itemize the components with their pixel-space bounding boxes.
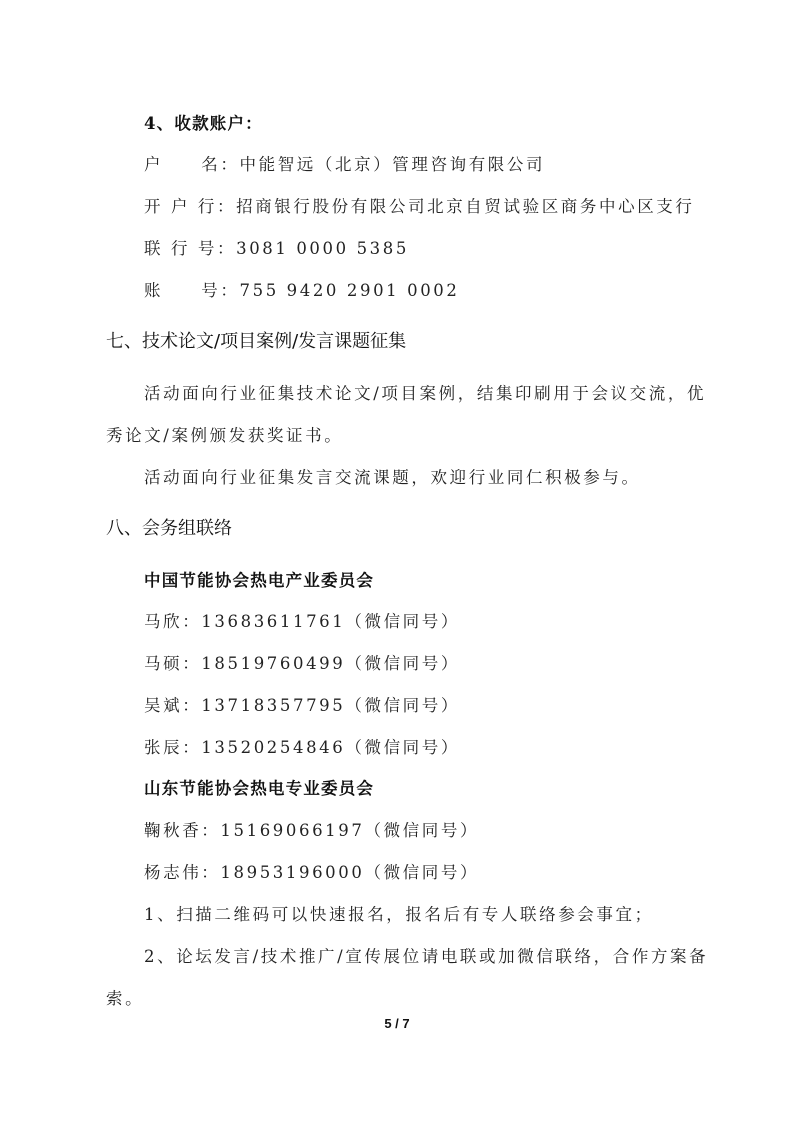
account-name-value: 中能智远（北京）管理咨询有限公司 — [240, 155, 546, 174]
section4-title: 4、收款账户： — [144, 110, 263, 134]
page-number: 5 / 7 — [0, 1016, 794, 1031]
org1-contact: 马硕：18519760499（微信同号） — [144, 650, 460, 674]
account-name-row: 户 名：中能智远（北京）管理咨询有限公司 — [144, 151, 545, 175]
org2-contact: 鞠秋香：15169066197（微信同号） — [144, 817, 479, 841]
bank-label: 开 户 行： — [144, 193, 236, 217]
section7-para1-line1: 活动面向行业征集技术论文/项目案例，结集印刷用于会议交流，优 — [144, 380, 706, 404]
account-number-label: 账 号： — [144, 277, 240, 301]
note-2-line1: 2、论坛发言/技术推广/宣传展位请电联或加微信联络，合作方案备 — [144, 943, 708, 967]
account-number-value: 755 9420 2901 0002 — [240, 281, 460, 300]
bank-row: 开 户 行：招商银行股份有限公司北京自贸试验区商务中心区支行 — [144, 193, 695, 217]
org1-contact: 吴斌：13718357795（微信同号） — [144, 692, 460, 716]
document-page: 4、收款账户： 户 名：中能智远（北京）管理咨询有限公司 开 户 行：招商银行股… — [0, 0, 794, 1123]
note-1: 1、扫描二维码可以快速报名，报名后有专人联络参会事宜； — [144, 901, 654, 925]
bank-code-label: 联 行 号： — [144, 235, 236, 259]
org2-contact: 杨志伟：18953196000（微信同号） — [144, 859, 479, 883]
section7-heading: 七、技术论文/项目案例/发言课题征集 — [106, 327, 406, 353]
note-2-line2: 索。 — [106, 985, 144, 1009]
account-name-label: 户 名： — [144, 151, 240, 175]
org2-name: 山东节能协会热电专业委员会 — [144, 775, 374, 799]
org1-contact: 张辰：13520254846（微信同号） — [144, 734, 460, 758]
section7-para2: 活动面向行业征集发言交流课题，欢迎行业同仁积极参与。 — [144, 464, 641, 488]
bank-code-row: 联 行 号：3081 0000 5385 — [144, 235, 409, 259]
section7-para1-line2: 秀论文/案例颁发获奖证书。 — [106, 422, 343, 446]
bank-code-value: 3081 0000 5385 — [236, 239, 409, 258]
section8-heading: 八、会务组联络 — [106, 514, 232, 540]
account-number-row: 账 号：755 9420 2901 0002 — [144, 277, 460, 301]
org1-contact: 马欣：13683611761（微信同号） — [144, 608, 460, 632]
bank-value: 招商银行股份有限公司北京自贸试验区商务中心区支行 — [236, 197, 694, 216]
org1-name: 中国节能协会热电产业委员会 — [144, 567, 374, 591]
